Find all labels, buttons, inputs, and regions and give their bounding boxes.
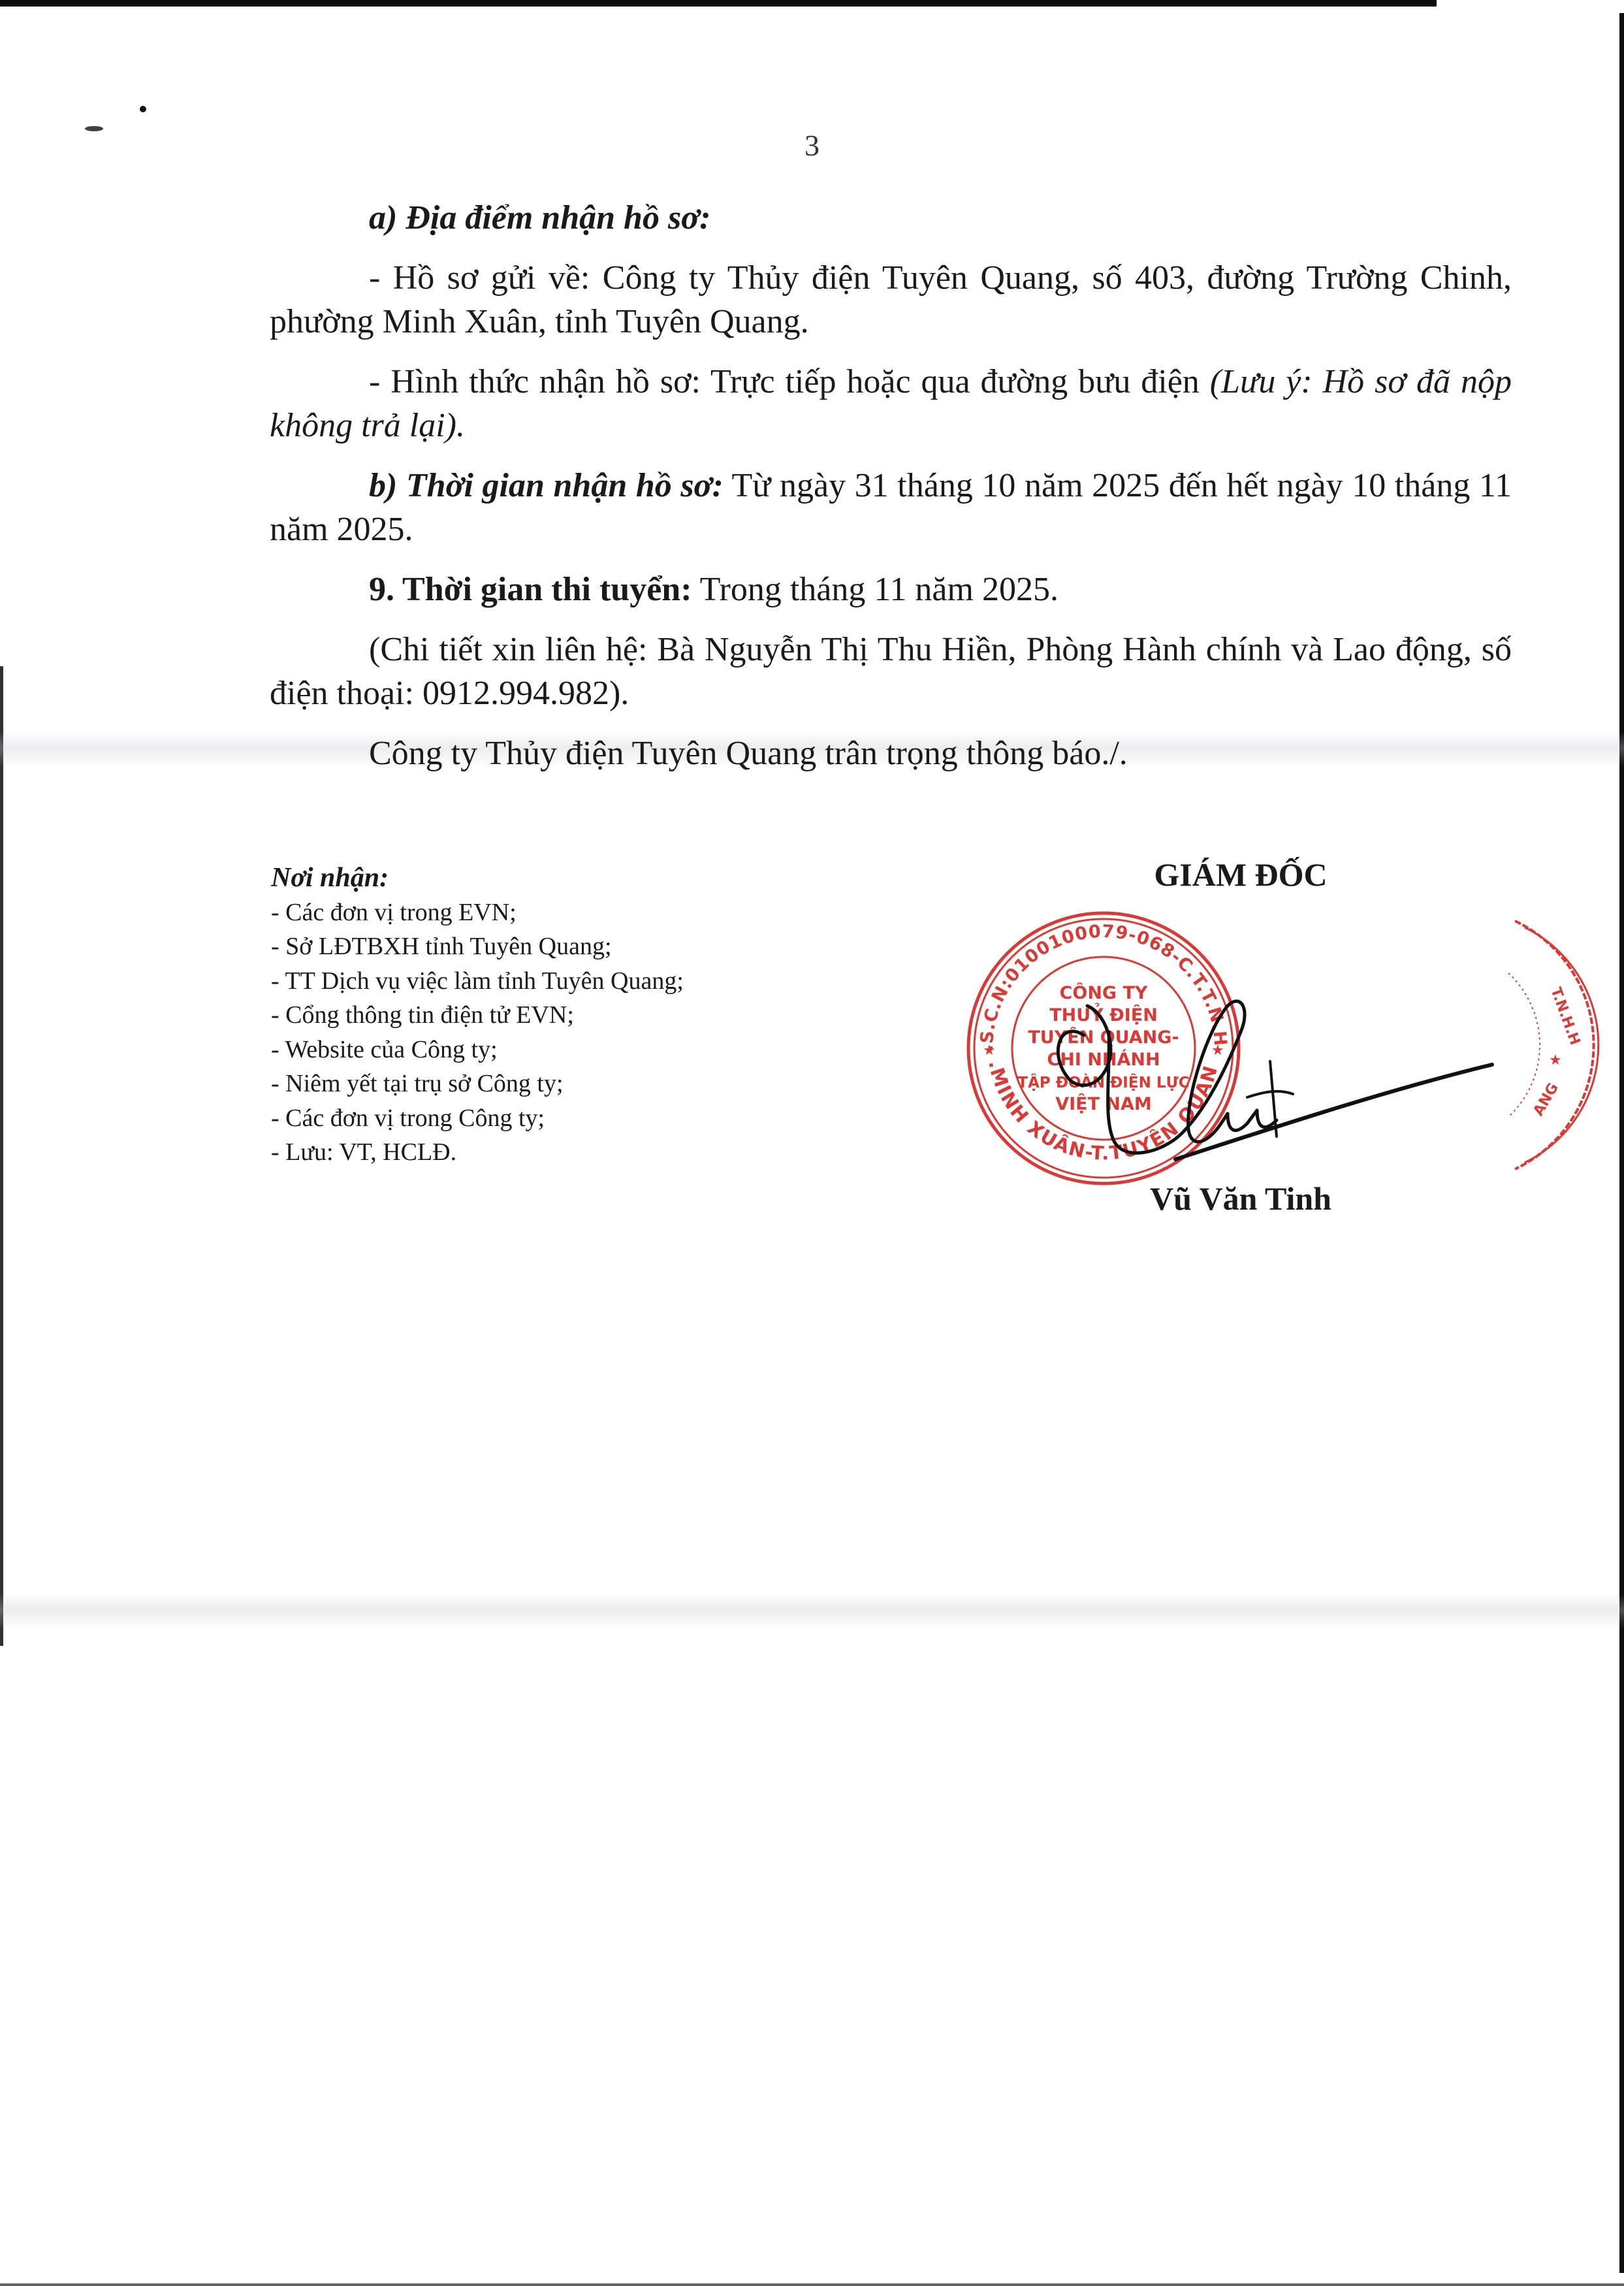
scan-border-bottom <box>0 2283 1624 2286</box>
section-9: 9. Thời gian thi tuyển: Trong tháng 11 n… <box>270 568 1512 611</box>
star-icon: ★ <box>983 1042 996 1059</box>
contact-info: (Chi tiết xin liên hệ: Bà Nguyễn Thị Thu… <box>270 628 1512 715</box>
recipient-item: - Các đơn vị trong EVN; <box>271 895 859 930</box>
scan-speck <box>140 106 146 112</box>
method-text: - Hình thức nhận hồ sơ: Trực tiếp hoặc q… <box>369 363 1210 400</box>
recipient-item: - TT Dịch vụ việc làm tỉnh Tuyên Quang; <box>271 964 859 999</box>
signer-title: GIÁM ĐỐC <box>1045 856 1437 893</box>
recipient-item: - Website của Công ty; <box>271 1033 859 1067</box>
document-body: a) Địa điểm nhận hồ sơ: - Hồ sơ gửi về: … <box>270 196 1512 792</box>
recipient-item: - Lưu: VT, HCLĐ. <box>271 1135 859 1170</box>
svg-text:T.N.H.H: T.N.H.H <box>1547 986 1583 1048</box>
section-9-text: Trong tháng 11 năm 2025. <box>692 571 1059 608</box>
recipient-item: - Cổng thông tin điện tử EVN; <box>271 998 859 1033</box>
section-a-heading-text: a) Địa điểm nhận hồ sơ: <box>369 199 710 236</box>
section-a-heading: a) Địa điểm nhận hồ sơ: <box>270 196 1512 240</box>
svg-text:ANG: ANG <box>1531 1080 1562 1119</box>
recipient-item: - Niêm yết tại trụ sở Công ty; <box>271 1067 859 1101</box>
section-a-method: - Hình thức nhận hồ sơ: Trực tiếp hoặc q… <box>270 360 1512 447</box>
section-b: b) Thời gian nhận hồ sơ: Từ ngày 31 thán… <box>270 464 1512 551</box>
recipients-block: Nơi nhận: - Các đơn vị trong EVN; - Sở L… <box>271 861 859 1170</box>
recipient-item: - Sở LĐTBXH tỉnh Tuyên Quang; <box>271 929 859 964</box>
signer-name: Vũ Văn Tinh <box>1045 1180 1437 1217</box>
closing-statement: Công ty Thủy điện Tuyên Quang trân trọng… <box>270 732 1512 775</box>
handwritten-signature <box>1032 967 1502 1182</box>
paper-fold-crease <box>0 1594 1624 1630</box>
scan-border-left <box>0 666 3 1646</box>
recipients-title: Nơi nhận: <box>271 861 859 895</box>
address-prefix: - Hồ sơ gửi về: <box>369 259 603 297</box>
page-number: 3 <box>0 128 1624 163</box>
section-a-address: - Hồ sơ gửi về: Công ty Thủy điện Tuyên … <box>270 256 1512 344</box>
partial-seal-stamp: T.N.H.H ★ ANG <box>1495 908 1624 1182</box>
scan-border-top <box>0 0 1437 7</box>
section-9-heading: 9. Thời gian thi tuyển: <box>369 571 692 608</box>
recipient-item: - Các đơn vị trong Công ty; <box>271 1101 859 1136</box>
section-b-heading: b) Thời gian nhận hồ sơ: <box>369 467 724 504</box>
star-icon: ★ <box>1549 1052 1562 1069</box>
